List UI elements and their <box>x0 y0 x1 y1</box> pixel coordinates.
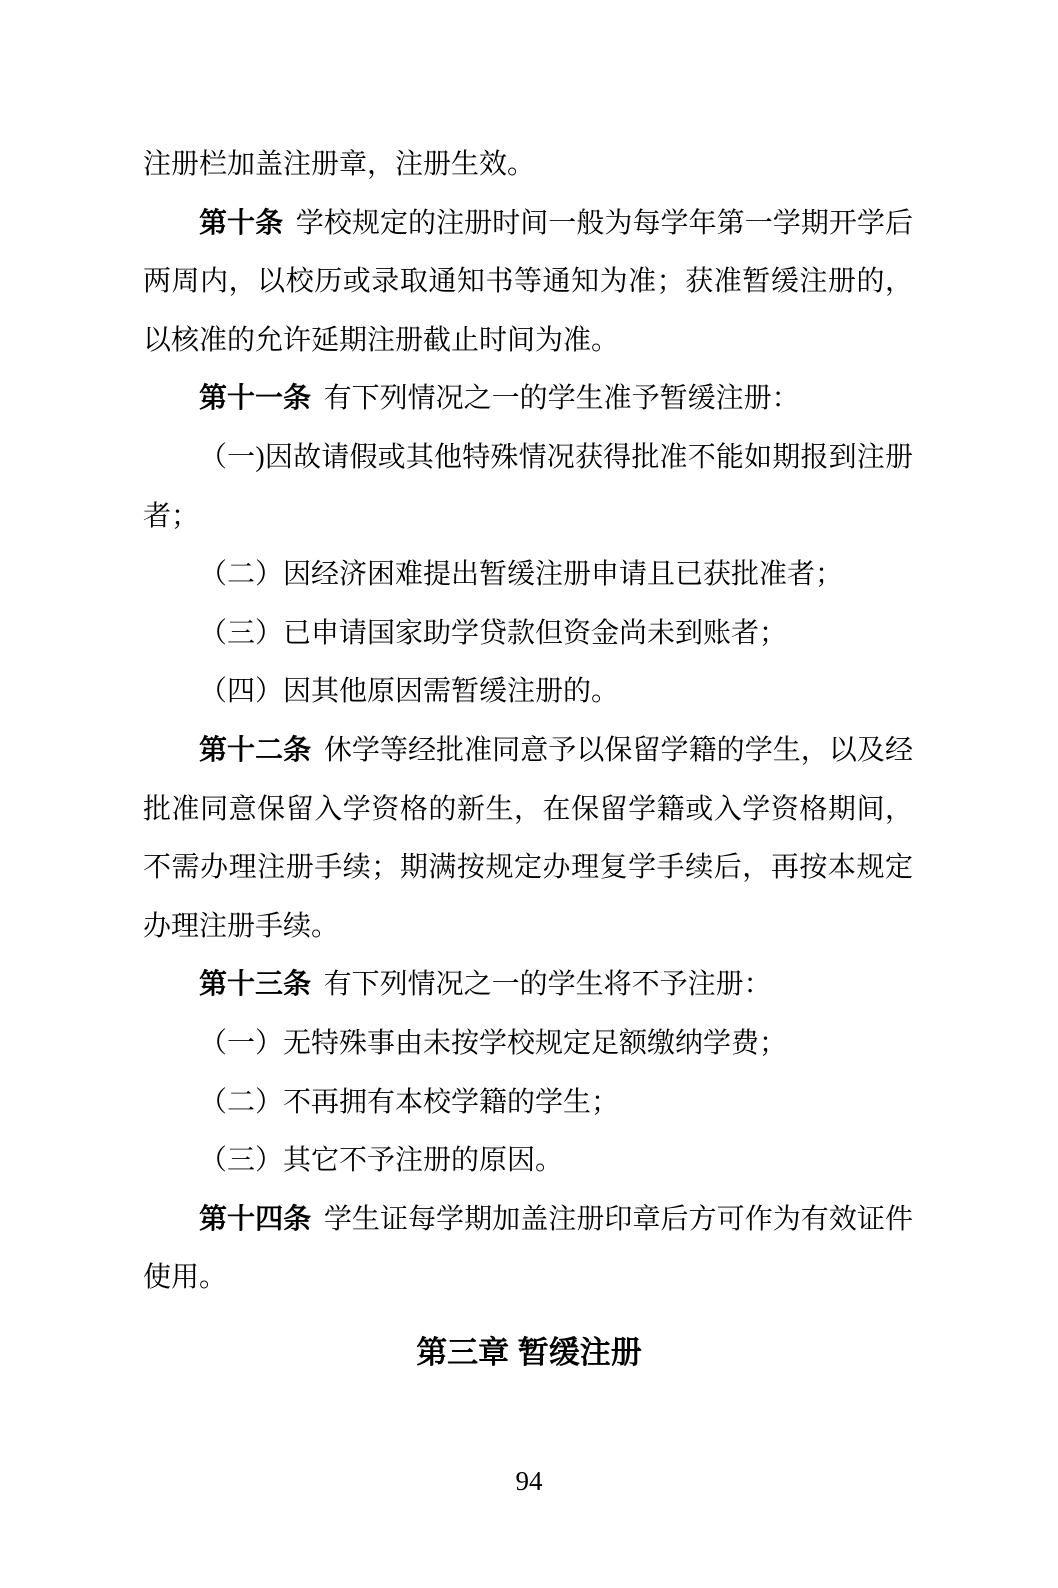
paragraph: （四）因其他原因需暂缓注册的。 <box>143 663 913 722</box>
paragraph-text: 有下列情况之一的学生准予暂缓注册： <box>324 383 800 414</box>
paragraph-text: （三）已申请国家助学贷款但资金尚未到账者； <box>199 618 787 649</box>
paragraph: （二）因经济困难提出暂缓注册申请且已获批准者； <box>143 546 913 605</box>
paragraph: （一)因故请假或其他特殊情况获得批准不能如期报到注册者； <box>143 429 913 546</box>
paragraph-text: （一）无特殊事由未按学校规定足额缴纳学费； <box>199 1028 787 1059</box>
paragraph: （三）已申请国家助学贷款但资金尚未到账者； <box>143 605 913 664</box>
paragraph-text: （二）因经济困难提出暂缓注册申请且已获批准者； <box>199 559 843 590</box>
paragraph-text: （二）不再拥有本校学籍的学生； <box>199 1087 619 1118</box>
paragraph-text: （一)因故请假或其他特殊情况获得批准不能如期报到注册者； <box>143 442 913 532</box>
paragraph-text: （三）其它不予注册的原因。 <box>199 1145 563 1176</box>
article-number: 第十二条 <box>199 735 311 766</box>
paragraph-text: （四）因其他原因需暂缓注册的。 <box>199 676 619 707</box>
paragraph: （三）其它不予注册的原因。 <box>143 1132 913 1191</box>
paragraph: 第十条学校规定的注册时间一般为每学年第一学期开学后两周内，以校历或录取通知书等通… <box>143 195 913 371</box>
paragraph: （一）无特殊事由未按学校规定足额缴纳学费； <box>143 1015 913 1074</box>
document-page: 注册栏加盖注册章，注册生效。第十条学校规定的注册时间一般为每学年第一学期开学后两… <box>0 0 1058 1588</box>
article-number: 第十三条 <box>199 969 311 1000</box>
paragraph: 第十四条学生证每学期加盖注册印章后方可作为有效证件使用。 <box>143 1191 913 1308</box>
paragraph: 第十二条休学等经批准同意予以保留学籍的学生，以及经批准同意保留入学资格的新生，在… <box>143 722 913 956</box>
article-number: 第十一条 <box>199 383 311 414</box>
paragraph: 第十一条有下列情况之一的学生准予暂缓注册： <box>143 370 913 429</box>
article-number: 第十条 <box>199 208 283 239</box>
paragraph: 注册栏加盖注册章，注册生效。 <box>143 136 913 195</box>
article-number: 第十四条 <box>199 1204 311 1235</box>
chapter-heading: 第三章 暂缓注册 <box>0 1330 1058 1376</box>
paragraph: （二）不再拥有本校学籍的学生； <box>143 1074 913 1133</box>
page-number: 94 <box>0 1464 1058 1498</box>
document-body: 注册栏加盖注册章，注册生效。第十条学校规定的注册时间一般为每学年第一学期开学后两… <box>143 136 913 1308</box>
paragraph-text: 有下列情况之一的学生将不予注册： <box>324 969 772 1000</box>
paragraph: 第十三条有下列情况之一的学生将不予注册： <box>143 956 913 1015</box>
paragraph-text: 注册栏加盖注册章，注册生效。 <box>143 149 535 180</box>
